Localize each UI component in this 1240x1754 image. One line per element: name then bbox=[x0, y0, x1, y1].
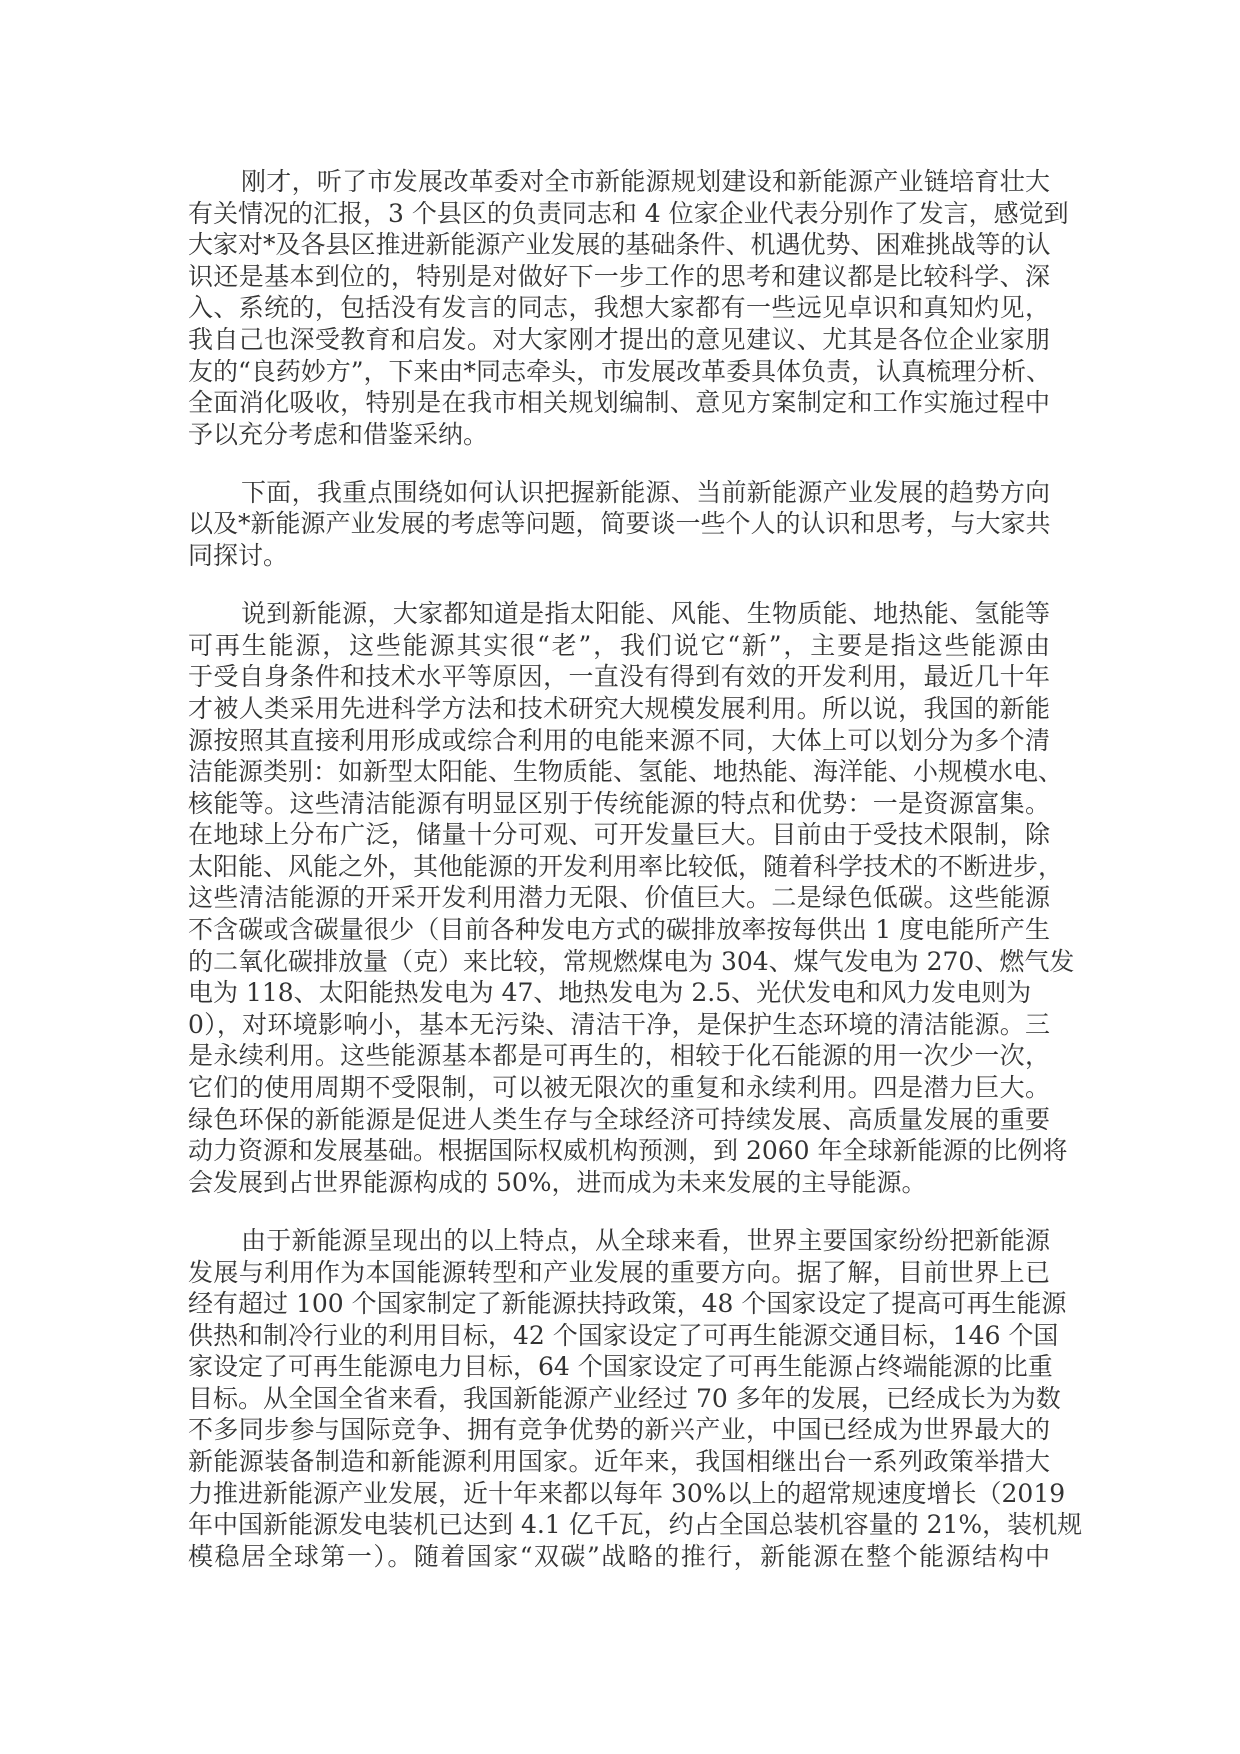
text-line: 全面消化吸收，特别是在我市相关规划编制、意见方案制定和工作实施过程中 bbox=[188, 387, 1050, 419]
text-line: 予以充分考虑和借鉴采纳。 bbox=[188, 419, 1050, 451]
text-line: 可再生能源，这些能源其实很“老”，我们说它“新”，主要是指这些能源由 bbox=[188, 630, 1050, 662]
paragraph-new-energy-definition: 说到新能源，大家都知道是指太阳能、风能、生物质能、地热能、氢能等 可再生能源，这… bbox=[188, 598, 1050, 1198]
text-line: 核能等。这些清洁能源有明显区别于传统能源的特点和优势：一是资源富集。 bbox=[188, 788, 1050, 820]
paragraph-opening-remarks: 刚才，听了市发展改革委对全市新能源规划建设和新能源产业链培育壮大 有关情况的汇报… bbox=[188, 166, 1050, 450]
text-line: 太阳能、风能之外，其他能源的开发利用率比较低，随着科学技术的不断进步， bbox=[188, 851, 1050, 883]
text-line: 由于新能源呈现出的以上特点，从全球来看，世界主要国家纷纷把新能源 bbox=[188, 1225, 1050, 1257]
text-line: 有关情况的汇报，3 个县区的负责同志和 4 位家企业代表分别作了发言，感觉到 bbox=[188, 198, 1050, 230]
text-line: 年中国新能源发电装机已达到 4.1 亿千瓦，约占全国总装机容量的 21%，装机规 bbox=[188, 1509, 1050, 1541]
text-line: 目标。从全国全省来看，我国新能源产业经过 70 多年的发展，已经成长为为数 bbox=[188, 1383, 1050, 1415]
text-line: 我自己也深受教育和启发。对大家刚才提出的意见建议、尤其是各位企业家朋 bbox=[188, 324, 1050, 356]
text-line: 洁能源类别：如新型太阳能、生物质能、氢能、地热能、海洋能、小规模水电、 bbox=[188, 756, 1050, 788]
text-line: 模稳居全球第一）。随着国家“双碳”战略的推行，新能源在整个能源结构中 bbox=[188, 1541, 1050, 1573]
text-line: 不多同步参与国际竞争、拥有竞争优势的新兴产业，中国已经成为世界最大的 bbox=[188, 1414, 1050, 1446]
text-line: 大家对*及各县区推进新能源产业发展的基础条件、机遇优势、困难挑战等的认 bbox=[188, 229, 1050, 261]
text-line: 是永续利用。这些能源基本都是可再生的，相较于化石能源的用一次少一次， bbox=[188, 1040, 1050, 1072]
paragraph-global-trends: 由于新能源呈现出的以上特点，从全球来看，世界主要国家纷纷把新能源 发展与利用作为… bbox=[188, 1225, 1050, 1573]
text-line: 友的“良药妙方”，下来由*同志牵头，市发展改革委具体负责，认真梳理分析、 bbox=[188, 356, 1050, 388]
text-line: 同探讨。 bbox=[188, 540, 1050, 572]
text-line: 家设定了可再生能源电力目标，64 个国家设定了可再生能源占终端能源的比重 bbox=[188, 1351, 1050, 1383]
text-line: 它们的使用周期不受限制，可以被无限次的重复和永续利用。四是潜力巨大。 bbox=[188, 1072, 1050, 1104]
text-line: 才被人类采用先进科学方法和技术研究大规模发展利用。所以说，我国的新能 bbox=[188, 693, 1050, 725]
text-line: 刚才，听了市发展改革委对全市新能源规划建设和新能源产业链培育壮大 bbox=[188, 166, 1050, 198]
text-line: 力推进新能源产业发展，近十年来都以每年 30%以上的超常规速度增长（2019 bbox=[188, 1478, 1050, 1510]
text-line: 经有超过 100 个国家制定了新能源扶持政策，48 个国家设定了提高可再生能源 bbox=[188, 1288, 1050, 1320]
text-line: 识还是基本到位的，特别是对做好下一步工作的思考和建议都是比较科学、深 bbox=[188, 261, 1050, 293]
text-line: 说到新能源，大家都知道是指太阳能、风能、生物质能、地热能、氢能等 bbox=[188, 598, 1050, 630]
text-line: 绿色环保的新能源是促进人类生存与全球经济可持续发展、高质量发展的重要 bbox=[188, 1104, 1050, 1136]
text-line: 会发展到占世界能源构成的 50%，进而成为未来发展的主导能源。 bbox=[188, 1167, 1050, 1199]
text-line: 于受自身条件和技术水平等原因，一直没有得到有效的开发利用，最近几十年 bbox=[188, 661, 1050, 693]
text-line: 以及*新能源产业发展的考虑等问题，简要谈一些个人的认识和思考，与大家共 bbox=[188, 508, 1050, 540]
text-line: 的二氧化碳排放量（克）来比较，常规燃煤电为 304、煤气发电为 270、燃气发 bbox=[188, 946, 1050, 978]
text-line: 供热和制冷行业的利用目标，42 个国家设定了可再生能源交通目标，146 个国 bbox=[188, 1320, 1050, 1352]
text-line: 0），对环境影响小，基本无污染、清洁干净，是保护生态环境的清洁能源。三 bbox=[188, 1009, 1050, 1041]
text-line: 发展与利用作为本国能源转型和产业发展的重要方向。据了解，目前世界上已 bbox=[188, 1257, 1050, 1289]
text-line: 这些清洁能源的开采开发利用潜力无限、价值巨大。二是绿色低碳。这些能源 bbox=[188, 882, 1050, 914]
text-line: 动力资源和发展基础。根据国际权威机构预测，到 2060 年全球新能源的比例将 bbox=[188, 1135, 1050, 1167]
text-line: 电为 118、太阳能热发电为 47、地热发电为 2.5、光伏发电和风力发电则为 bbox=[188, 977, 1050, 1009]
text-line: 不含碳或含碳量很少（目前各种发电方式的碳排放率按每供出 1 度电能所产生 bbox=[188, 914, 1050, 946]
text-line: 在地球上分布广泛，储量十分可观、可开发量巨大。目前由于受技术限制，除 bbox=[188, 819, 1050, 851]
text-line: 入、系统的，包括没有发言的同志，我想大家都有一些远见卓识和真知灼见， bbox=[188, 292, 1050, 324]
text-line: 下面，我重点围绕如何认识把握新能源、当前新能源产业发展的趋势方向 bbox=[188, 477, 1050, 509]
paragraph-topic-intro: 下面，我重点围绕如何认识把握新能源、当前新能源产业发展的趋势方向 以及*新能源产… bbox=[188, 477, 1050, 572]
text-line: 源按照其直接利用形成或综合利用的电能来源不同，大体上可以划分为多个清 bbox=[188, 725, 1050, 757]
document-page: 刚才，听了市发展改革委对全市新能源规划建设和新能源产业链培育壮大 有关情况的汇报… bbox=[188, 166, 1050, 1599]
text-line: 新能源装备制造和新能源利用国家。近年来，我国相继出台一系列政策举措大 bbox=[188, 1446, 1050, 1478]
